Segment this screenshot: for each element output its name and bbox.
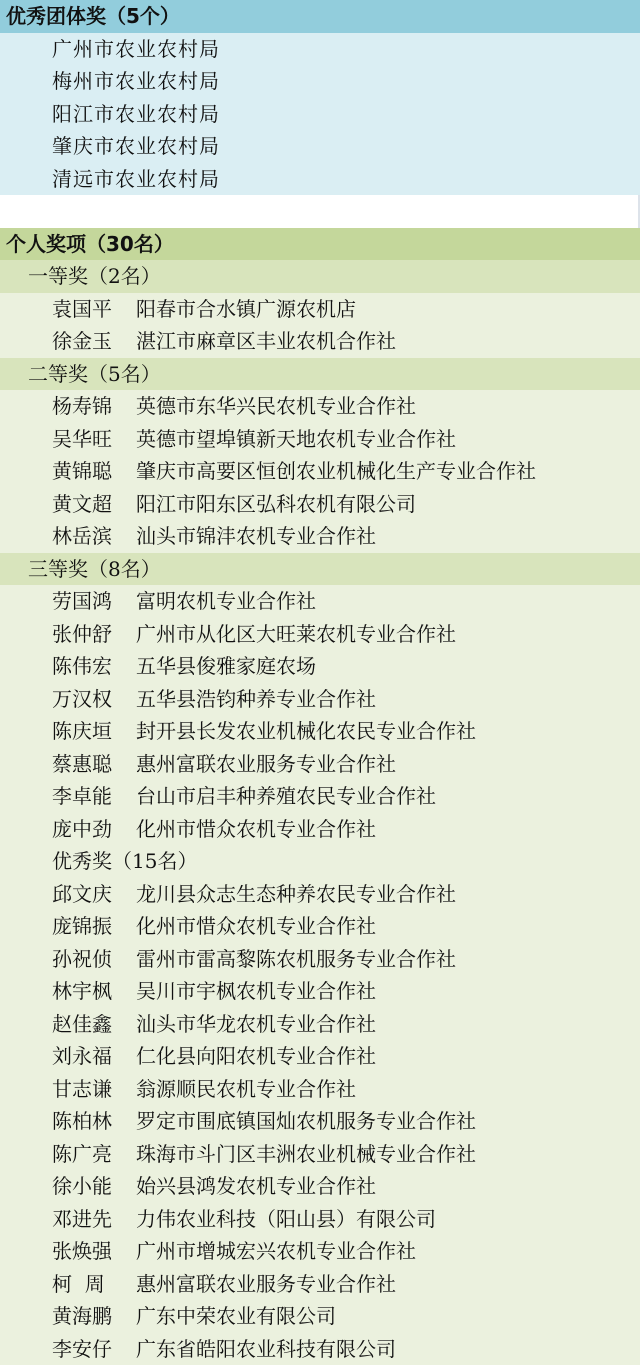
winner-row: 陈柏林罗定市围底镇国灿农机服务专业合作社	[0, 1105, 640, 1138]
winner-name: 张仲舒	[52, 618, 136, 651]
winner-name: 甘志谦	[52, 1073, 136, 1106]
winner-org: 始兴县鸿发农机专业合作社	[136, 1174, 376, 1198]
winner-org: 肇庆市高要区恒创农业机械化生产专业合作社	[136, 459, 536, 483]
winner-name: 陈柏林	[52, 1105, 136, 1138]
winner-row: 万汉权五华县浩钧种养专业合作社	[0, 683, 640, 716]
winner-row: 邱文庆龙川县众志生态种养农民专业合作社	[0, 878, 640, 911]
winner-name: 黄锦聪	[52, 455, 136, 488]
team-award-item: 广州市农业农村局	[0, 33, 640, 66]
winner-name: 劳国鸿	[52, 585, 136, 618]
winner-org: 阳江市阳东区弘科农机有限公司	[136, 492, 416, 516]
winner-name: 陈伟宏	[52, 650, 136, 683]
winner-row: 蔡惠聪惠州富联农业服务专业合作社	[0, 748, 640, 781]
winner-org: 翁源顺民农机专业合作社	[136, 1077, 356, 1101]
winner-name: 庞中劲	[52, 813, 136, 846]
winner-name: 邓进先	[52, 1203, 136, 1236]
winner-name: 邱文庆	[52, 878, 136, 911]
winner-org: 化州市惜众农机专业合作社	[136, 914, 376, 938]
winner-name: 徐小能	[52, 1170, 136, 1203]
team-award-item: 阳江市农业农村局	[0, 98, 640, 131]
winner-org: 雷州市雷高黎陈农机服务专业合作社	[136, 947, 456, 971]
winner-row: 吴华旺英德市望埠镇新天地农机专业合作社	[0, 423, 640, 456]
winner-row: 柯 周惠州富联农业服务专业合作社	[0, 1268, 640, 1301]
winner-org: 台山市启丰种养殖农民专业合作社	[136, 784, 436, 808]
winner-row: 黄文超阳江市阳东区弘科农机有限公司	[0, 488, 640, 521]
winner-row: 林宇枫吴川市宇枫农机专业合作社	[0, 975, 640, 1008]
winner-name: 徐金玉	[52, 325, 136, 358]
individual-award-header: 个人奖项（30名）	[0, 228, 640, 261]
first-prize-header: 一等奖（2名）	[0, 260, 640, 293]
winner-name: 袁国平	[52, 293, 136, 326]
winner-name: 黄海鹏	[52, 1300, 136, 1333]
excellence-prize-header: 优秀奖（15名）	[0, 845, 640, 878]
winner-name: 吴华旺	[52, 423, 136, 456]
winner-name: 杨寿锦	[52, 390, 136, 423]
winner-name: 赵佳鑫	[52, 1008, 136, 1041]
winner-org: 惠州富联农业服务专业合作社	[136, 752, 396, 776]
winner-org: 龙川县众志生态种养农民专业合作社	[136, 882, 456, 906]
winner-row: 劳国鸿富明农机专业合作社	[0, 585, 640, 618]
winner-org: 湛江市麻章区丰业农机合作社	[136, 329, 396, 353]
winner-org: 五华县浩钧种养专业合作社	[136, 687, 376, 711]
winner-row: 庞锦振化州市惜众农机专业合作社	[0, 910, 640, 943]
team-award-header: 优秀团体奖（5个）	[0, 0, 640, 33]
winner-name: 李安仔	[52, 1333, 136, 1365]
winner-name: 陈庆垣	[52, 715, 136, 748]
third-prize-header: 三等奖（8名）	[0, 553, 640, 586]
winner-name: 蔡惠聪	[52, 748, 136, 781]
second-prize-header: 二等奖（5名）	[0, 358, 640, 391]
winner-row: 陈广亮珠海市斗门区丰洲农业机械专业合作社	[0, 1138, 640, 1171]
winner-name: 陈广亮	[52, 1138, 136, 1171]
winner-org: 富明农机专业合作社	[136, 589, 316, 613]
winner-org: 汕头市锦沣农机专业合作社	[136, 524, 376, 548]
winner-row: 杨寿锦英德市东华兴民农机专业合作社	[0, 390, 640, 423]
winner-org: 广东省皓阳农业科技有限公司	[136, 1337, 396, 1361]
winner-row: 刘永福仁化县向阳农机专业合作社	[0, 1040, 640, 1073]
winner-org: 英德市东华兴民农机专业合作社	[136, 394, 416, 418]
winner-row: 袁国平阳春市合水镇广源农机店	[0, 293, 640, 326]
winner-row: 张仲舒广州市从化区大旺莱农机专业合作社	[0, 618, 640, 651]
winner-row: 徐小能始兴县鸿发农机专业合作社	[0, 1170, 640, 1203]
winner-name: 李卓能	[52, 780, 136, 813]
winner-row: 李安仔广东省皓阳农业科技有限公司	[0, 1333, 640, 1365]
winner-name: 万汉权	[52, 683, 136, 716]
winner-name: 孙祝侦	[52, 943, 136, 976]
winner-row: 陈伟宏五华县俊雅家庭农场	[0, 650, 640, 683]
winner-org: 化州市惜众农机专业合作社	[136, 817, 376, 841]
winner-org: 五华县俊雅家庭农场	[136, 654, 316, 678]
winner-name: 林岳滨	[52, 520, 136, 553]
winner-name: 刘永福	[52, 1040, 136, 1073]
winner-name: 林宇枫	[52, 975, 136, 1008]
winner-name: 柯 周	[52, 1268, 136, 1301]
winner-org: 英德市望埠镇新天地农机专业合作社	[136, 427, 456, 451]
winner-org: 力伟农业科技（阳山县）有限公司	[136, 1207, 436, 1231]
winner-row: 徐金玉湛江市麻章区丰业农机合作社	[0, 325, 640, 358]
winner-row: 林岳滨汕头市锦沣农机专业合作社	[0, 520, 640, 553]
team-award-item: 肇庆市农业农村局	[0, 130, 640, 163]
spacer-row	[0, 195, 640, 228]
winner-org: 封开县长发农业机械化农民专业合作社	[136, 719, 476, 743]
winner-row: 黄海鹏广东中荣农业有限公司	[0, 1300, 640, 1333]
winner-row: 邓进先力伟农业科技（阳山县）有限公司	[0, 1203, 640, 1236]
winner-name: 庞锦振	[52, 910, 136, 943]
winner-org: 惠州富联农业服务专业合作社	[136, 1272, 396, 1296]
winner-row: 孙祝侦雷州市雷高黎陈农机服务专业合作社	[0, 943, 640, 976]
winner-name: 黄文超	[52, 488, 136, 521]
winner-org: 吴川市宇枫农机专业合作社	[136, 979, 376, 1003]
winner-org: 广东中荣农业有限公司	[136, 1304, 336, 1328]
winner-row: 赵佳鑫汕头市华龙农机专业合作社	[0, 1008, 640, 1041]
winner-org: 珠海市斗门区丰洲农业机械专业合作社	[136, 1142, 476, 1166]
team-award-item: 梅州市农业农村局	[0, 65, 640, 98]
winner-row: 甘志谦翁源顺民农机专业合作社	[0, 1073, 640, 1106]
award-list-sheet: 优秀团体奖（5个） 广州市农业农村局 梅州市农业农村局 阳江市农业农村局 肇庆市…	[0, 0, 640, 1365]
winner-org: 汕头市华龙农机专业合作社	[136, 1012, 376, 1036]
winner-name: 张焕强	[52, 1235, 136, 1268]
winner-org: 阳春市合水镇广源农机店	[136, 297, 356, 321]
team-award-item: 清远市农业农村局	[0, 163, 640, 196]
winner-org: 广州市增城宏兴农机专业合作社	[136, 1239, 416, 1263]
winner-row: 张焕强广州市增城宏兴农机专业合作社	[0, 1235, 640, 1268]
winner-row: 黄锦聪肇庆市高要区恒创农业机械化生产专业合作社	[0, 455, 640, 488]
winner-org: 广州市从化区大旺莱农机专业合作社	[136, 622, 456, 646]
winner-row: 李卓能台山市启丰种养殖农民专业合作社	[0, 780, 640, 813]
winner-row: 陈庆垣封开县长发农业机械化农民专业合作社	[0, 715, 640, 748]
winner-row: 庞中劲化州市惜众农机专业合作社	[0, 813, 640, 846]
winner-org: 罗定市围底镇国灿农机服务专业合作社	[136, 1109, 476, 1133]
winner-org: 仁化县向阳农机专业合作社	[136, 1044, 376, 1068]
